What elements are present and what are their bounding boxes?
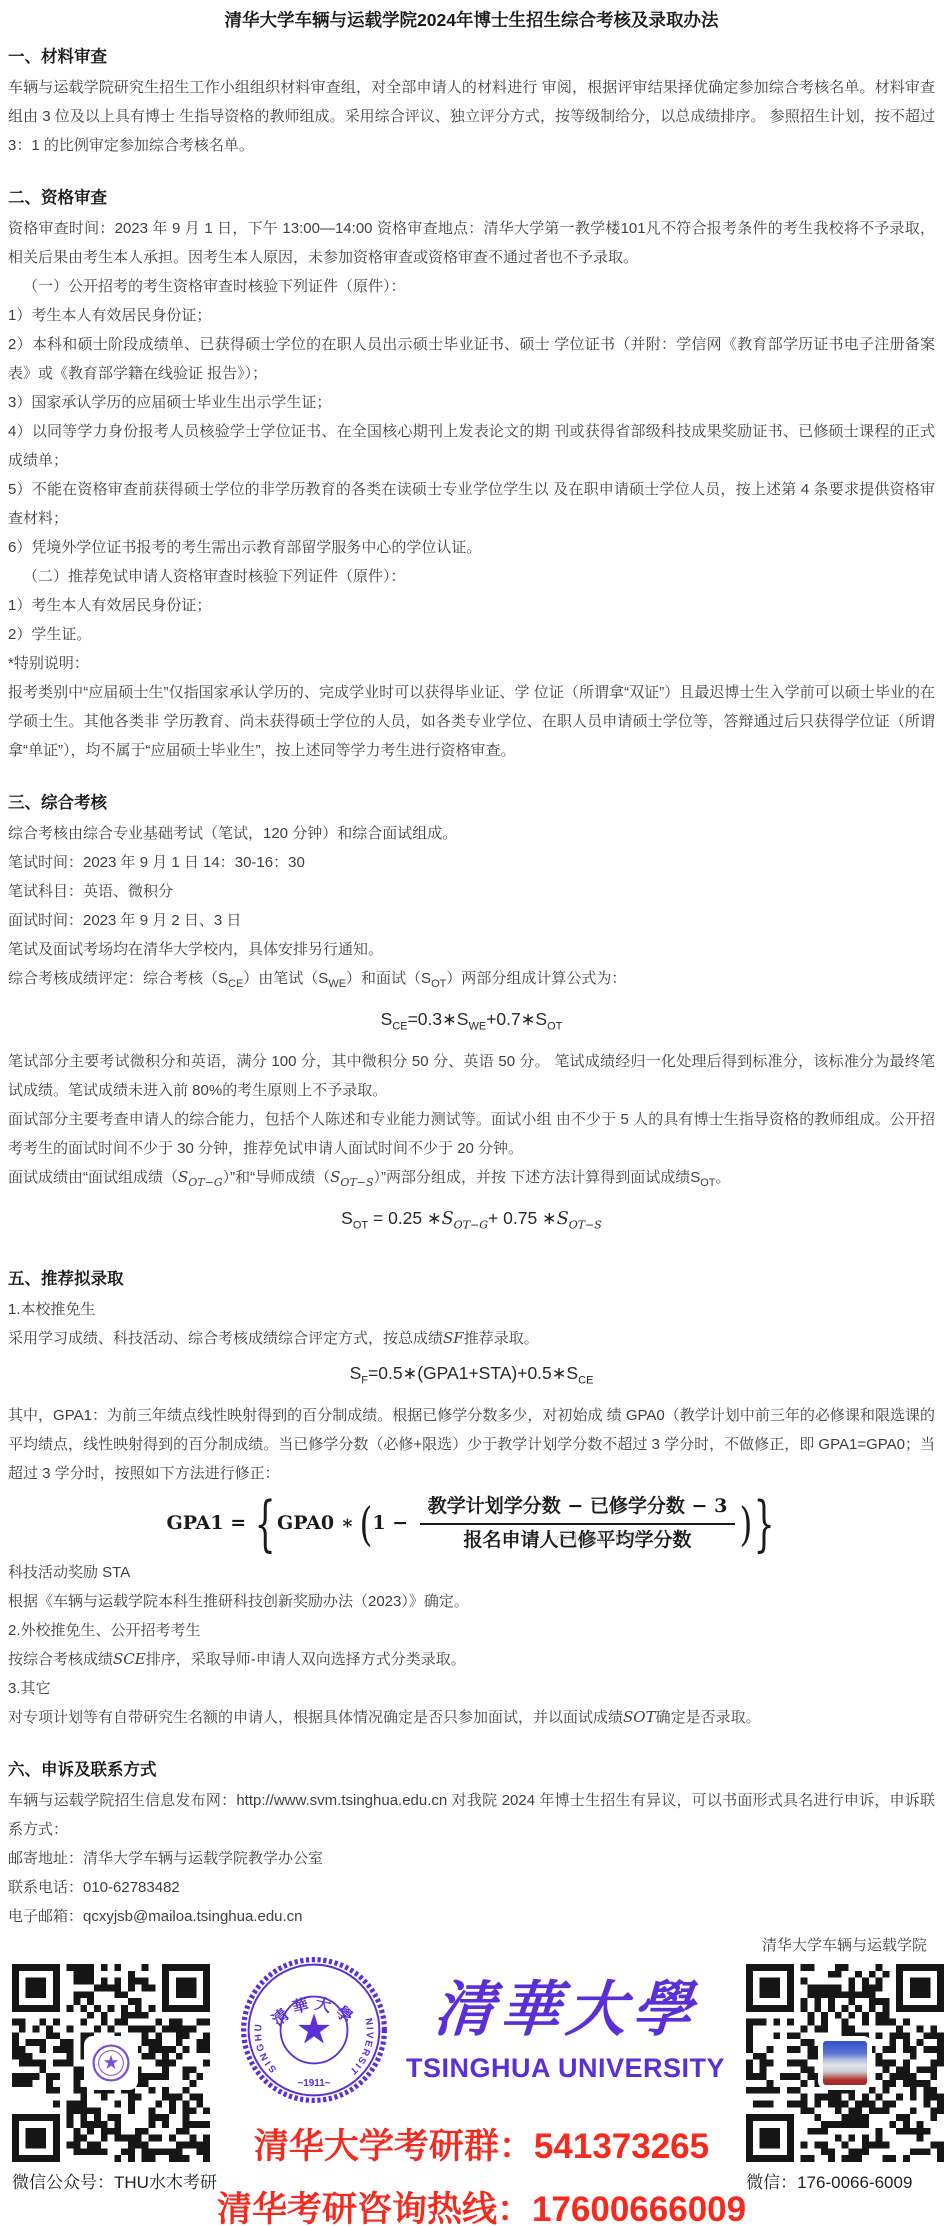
paragraph: 联系电话：010-62783482 (8, 1873, 935, 1902)
section-heading: 一、材料审查 (8, 45, 935, 69)
wechat-contact-block: 微信：176-0066-6009 (746, 1964, 944, 2193)
paragraph: 报考类别中“应届硕士生”仅指国家承认学历的、完成学业时可以获得毕业证、学 位证（… (8, 678, 935, 765)
wechat-official-account-block: 微信公众号：THU水木考研 (12, 1964, 217, 2193)
qr-center-seal-thumbnail (87, 2039, 135, 2087)
brand-row: 清華大學 TSINGHUA UNIVERSITY ~1911~ 清華大學 TSI… (238, 1954, 725, 2106)
paragraph: 清华大学车辆与运载学院 (8, 1931, 935, 1953)
hotline-line: 清华考研咨询热线：17600666009 (217, 2182, 746, 2227)
page-title: 清华大学车辆与运载学院2024年博士生招生综合考核及录取办法 (8, 8, 935, 32)
section: 一、材料审查车辆与运载学院研究生招生工作小组组织材料审查组，对全部申请人的材料进… (8, 45, 935, 160)
qr-center-photo-thumbnail (821, 2039, 869, 2087)
hotline-label: 清华考研咨询热线： (217, 2190, 532, 2227)
tsinghua-seal-logo: 清華大學 TSINGHUA UNIVERSITY ~1911~ (238, 1954, 390, 2106)
paragraph: 根据《车辆与运载学院本科生推研科技创新奖励办法（2023）》确定。 (8, 1587, 935, 1616)
section: 三、综合考核综合考核由综合专业基础考试（笔试，120 分钟）和综合面试组成。笔试… (8, 791, 935, 1241)
notice-document: 清华大学车辆与运载学院2024年博士生招生综合考核及录取办法 一、材料审查车辆与… (0, 0, 945, 1952)
paragraph: 车辆与运载学院研究生招生工作小组组织材料审查组，对全部申请人的材料进行 审阅，根… (8, 73, 935, 160)
paragraph: 电子邮箱：qcxyjsb@mailoa.tsinghua.edu.cn (8, 1902, 935, 1931)
paragraph: 5）不能在资格审查前获得硕士学位的非学历教育的各类在读硕士专业学位学生以 及在职… (8, 475, 935, 533)
paragraph: 资格审查时间：2023 年 9 月 1 日，下午 13:00—14:00 资格审… (8, 214, 935, 272)
paragraph: 2.外校推免生、公开招考考生 (8, 1616, 935, 1645)
paragraph: 按综合考核成绩SCE排序，采取导师-申请人双向选择方式分类录取。 (8, 1645, 935, 1674)
tsinghua-calligraphy: 清華大學 (431, 1976, 700, 2045)
section-heading: 六、申诉及联系方式 (8, 1758, 935, 1782)
tsinghua-brand-block: 清華大學 TSINGHUA UNIVERSITY ~1911~ 清華大學 TSI… (217, 1954, 746, 2227)
paragraph: 综合考核成绩评定：综合考核（SCE）由笔试（SWE）和面试（SOT）两部分组成计… (8, 964, 935, 999)
paragraph: 3.其它 (8, 1674, 935, 1703)
paragraph: 1.本校推免生 (8, 1295, 935, 1324)
section: 二、资格审查资格审查时间：2023 年 9 月 1 日，下午 13:00—14:… (8, 186, 935, 765)
paragraph: 其中，GPA1：为前三年绩点线性映射得到的百分制成绩。根据已修学分数多少，对初始… (8, 1401, 935, 1488)
formula: SOT = 0.25 ∗SOT−G+ 0.75 ∗SOT−S (8, 1202, 935, 1242)
seal-star-icon (298, 2013, 330, 2043)
qr-code-left (12, 1964, 210, 2162)
paragraph: 采用学习成绩、科技活动、综合考核成绩综合评定方式，按总成绩SF推荐录取。 (8, 1324, 935, 1353)
paragraph: 车辆与运载学院招生信息发布网：http://www.svm.tsinghua.e… (8, 1786, 935, 1844)
paragraph: 面试时间：2023 年 9 月 2 日、3 日 (8, 906, 935, 935)
paragraph: 笔试部分主要考试微积分和英语，满分 100 分，其中微积分 50 分、英语 50… (8, 1047, 935, 1105)
paragraph: 6）凭境外学位证书报考的考生需出示教育部留学服务中心的学位认证。 (8, 533, 935, 562)
photo-thumbnail (823, 2041, 867, 2085)
section-heading: 三、综合考核 (8, 791, 935, 815)
section: 五、推荐拟录取1.本校推免生采用学习成绩、科技活动、综合考核成绩综合评定方式，按… (8, 1267, 935, 1732)
paragraph: 1）考生本人有效居民身份证； (8, 301, 935, 330)
paragraph: 面试成绩由“面试组成绩（SOT−G）”和“导师成绩（SOT−S）”两部分组成，并… (8, 1163, 935, 1198)
paragraph: （一）公开招考的考生资格审查时核验下列证件（原件）： (8, 272, 935, 301)
hotline-number: 17600666009 (532, 2190, 746, 2227)
seal-year-text: ~1911~ (298, 2078, 331, 2089)
paragraph: 3）国家承认学历的应届硕士毕业生出示学生证； (8, 388, 935, 417)
mini-seal-icon (89, 2041, 133, 2085)
paragraph: 笔试科目：英语、微积分 (8, 877, 935, 906)
section: 六、申诉及联系方式车辆与运载学院招生信息发布网：http://www.svm.t… (8, 1758, 935, 1953)
paragraph: 综合考核由综合专业基础考试（笔试，120 分钟）和综合面试组成。 (8, 819, 935, 848)
paragraph: *特别说明： (8, 649, 935, 678)
university-name-block: 清華大學 TSINGHUA UNIVERSITY (406, 1976, 725, 2084)
paragraph: （二）推荐免试申请人资格审查时核验下列证件（原件）： (8, 562, 935, 591)
section-heading: 五、推荐拟录取 (8, 1267, 935, 1291)
document-page: { "colors": { "purple": "#5a2fd8", "red"… (0, 0, 945, 2227)
wechat-number-caption: 微信：176-0066-6009 (746, 2168, 944, 2193)
qq-group-number: 541373265 (534, 2127, 709, 2166)
paragraph: 笔试时间：2023 年 9 月 1 日 14：30-16：30 (8, 848, 935, 877)
paragraph: 科技活动奖励 STA (8, 1558, 935, 1587)
gpa1-correction-formula: GPA1 = {GPA0 ∗ (1 − 教学计划学分数 − 已修学分数 − 3报… (8, 1494, 935, 1554)
paragraph: 笔试及面试考场均在清华大学校内，具体安排另行通知。 (8, 935, 935, 964)
tsinghua-english-name: TSINGHUA UNIVERSITY (406, 2053, 725, 2084)
document-sections: 一、材料审查车辆与运载学院研究生招生工作小组组织材料审查组，对全部申请人的材料进… (8, 45, 935, 1952)
paragraph: 2）学生证。 (8, 620, 935, 649)
wechat-account-caption: 微信公众号：THU水木考研 (12, 2168, 217, 2193)
formula: SCE=0.3∗SWE+0.7∗SOT (8, 1003, 935, 1043)
paragraph: 4）以同等学力身份报考人员核验学士学位证书、在全国核心期刊上发表论文的期 刊或获… (8, 417, 935, 475)
paragraph: 1）考生本人有效居民身份证； (8, 591, 935, 620)
paragraph: 邮寄地址：清华大学车辆与运载学院教学办公室 (8, 1844, 935, 1873)
promo-footer: 微信公众号：THU水木考研 清華大學 (0, 1952, 945, 2227)
paragraph: 对专项计划等有自带研究生名额的申请人，根据具体情况确定是否只参加面试，并以面试成… (8, 1703, 935, 1732)
paragraph: 面试部分主要考查申请人的综合能力，包括个人陈述和专业能力测试等。面试小组 由不少… (8, 1105, 935, 1163)
watermark-text: 水木考研社区 (553, 1529, 643, 1551)
formula: SF=0.5∗(GPA1+STA)+0.5∗SCE (8, 1357, 935, 1397)
section-heading: 二、资格审查 (8, 186, 935, 210)
qr-code-right (746, 1964, 944, 2162)
qq-group-line: 清华大学考研群：541373265 (254, 2119, 709, 2169)
paragraph: 2）本科和硕士阶段成绩单、已获得硕士学位的在职人员出示硕士毕业证书、硕士 学位证… (8, 330, 935, 388)
qq-group-label: 清华大学考研群： (254, 2127, 534, 2166)
